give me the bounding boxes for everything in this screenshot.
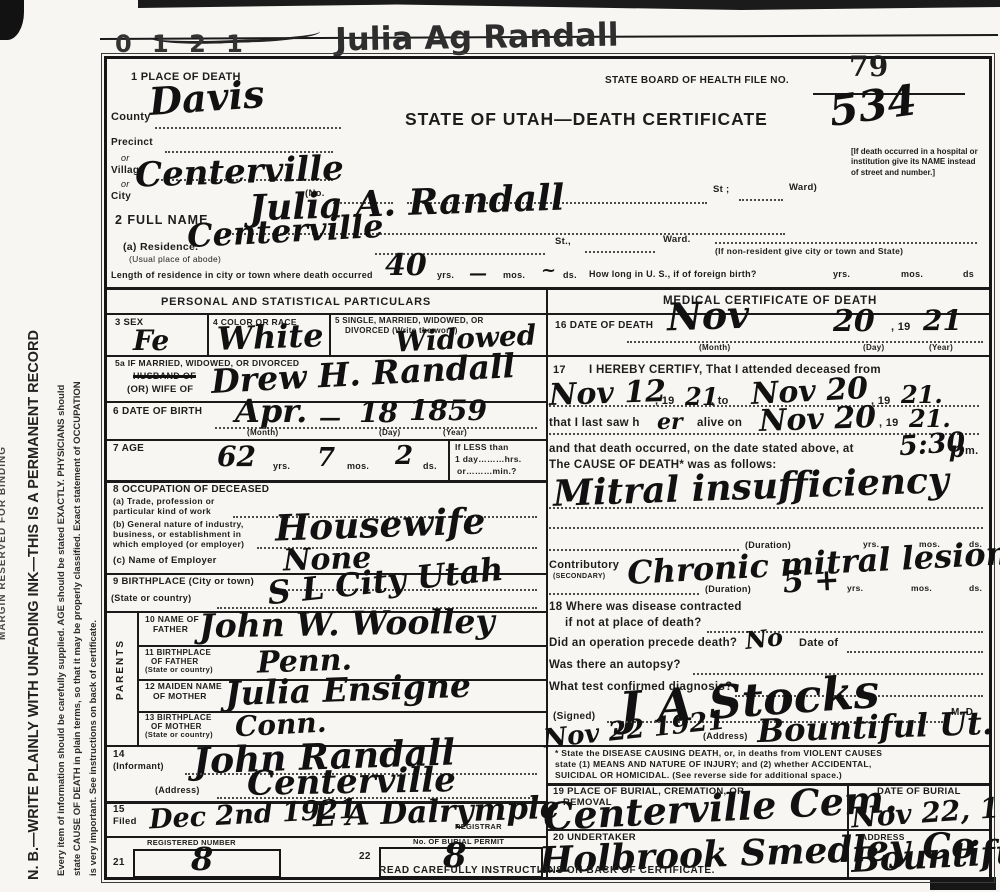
margin-note-line1: Every item of information should be care…	[56, 385, 67, 876]
residence-ward-label: Ward.	[663, 235, 691, 246]
age-months-value: 7	[317, 445, 335, 471]
mother-name-label2: OF MOTHER	[153, 692, 207, 702]
wife-of-label: (OR) WIFE OF	[127, 385, 193, 396]
city-st-label: St ;	[713, 185, 730, 196]
pencil-index-name: Julia Ag Randall	[335, 16, 619, 59]
informant-number: 14	[113, 749, 125, 761]
duration2-label: (Duration)	[705, 584, 751, 594]
father-bp-label3: (State or country)	[145, 666, 213, 675]
howlong-mos-unit: mos.	[901, 269, 923, 279]
nonresident-dotted	[715, 240, 977, 244]
death-time-ampm: p	[949, 439, 964, 461]
duration2-mos-unit: mos.	[911, 584, 932, 594]
contributory-label: Contributory	[549, 559, 619, 572]
father-name-label2: FATHER	[153, 625, 188, 635]
mother-name-value: Julia Ensigne	[224, 669, 471, 711]
duration2-dotted	[549, 591, 699, 595]
residence-length-months: —	[469, 265, 487, 283]
undertaker-address-value: Bountiful.	[850, 834, 1000, 878]
employer-label: (c) Name of Employer	[113, 556, 217, 567]
filed-label: Filed	[113, 817, 137, 828]
dob-row-rule	[107, 439, 546, 441]
disease-contracted-label2: if not at place of death?	[565, 617, 702, 630]
city-label: City	[111, 191, 131, 203]
occupation-value: Housewife	[274, 503, 486, 546]
husband-of-label: HUSBAND OF	[133, 371, 196, 381]
burial-permit-22: 22	[359, 851, 371, 863]
residence-length-label: Length of residence in city or town wher…	[111, 270, 373, 280]
margin-nb-note: N. B.—WRITE PLAINLY WITH UNFADING INK—TH…	[26, 330, 42, 880]
mother-bp-label3: (State or country)	[145, 731, 213, 740]
dod-year-sublabel: (Year)	[929, 343, 953, 352]
county-label: County	[111, 111, 151, 124]
certificate-number: 534	[827, 79, 920, 133]
operation-question-label: Did an operation precede death?	[549, 637, 737, 650]
operation-date-of-label: Date of	[799, 637, 838, 650]
parents-cell-divider	[137, 611, 139, 745]
residence-st-dotted	[585, 249, 655, 253]
corner-blob	[0, 0, 24, 40]
filed-number: 15	[113, 804, 125, 816]
dob-label: 6 DATE OF BIRTH	[113, 406, 202, 418]
disease-contracted-label: 18 Where was disease contracted	[549, 601, 742, 614]
margin-note-line3: is very important. See instructions on b…	[88, 620, 99, 876]
certify-number: 17	[553, 364, 566, 377]
date-of-death-year-printed: , 19	[891, 321, 911, 334]
how-long-us-label: How long in U. S., if of foreign birth?	[589, 269, 757, 279]
birthplace-label: 9 BIRTHPLACE (City or town)	[113, 577, 254, 588]
occupation-a-line2: particular kind of work	[113, 507, 211, 517]
sex-cell-divider	[207, 313, 209, 355]
race-cell-divider	[329, 313, 331, 355]
county-dotted-line	[155, 125, 341, 129]
signature-address-label: (Address)	[703, 731, 748, 741]
dob-year-value: 1859	[409, 397, 487, 425]
father-bp-label1: 11 BIRTHPLACE	[145, 648, 211, 657]
autopsy-question-label: Was there an autopsy?	[549, 659, 681, 672]
cause-dotted-1	[549, 505, 983, 509]
date-of-death-day: 20	[833, 307, 875, 337]
death-certificate-scan: 0 1 2 1 Julia Ag Randall MARGIN RESERVED…	[0, 0, 1000, 892]
last-saw-label: that I last saw h	[549, 417, 640, 430]
howlong-ds-unit: ds	[963, 269, 974, 279]
margin-note-line2: state CAUSE OF DEATH in plain terms, so …	[72, 381, 83, 876]
nonresident-note: (If non-resident give city or town and S…	[715, 247, 903, 257]
precinct-label: Precinct	[111, 137, 153, 149]
age-row-rule	[107, 480, 546, 483]
read-carefully-note: READ CAREFULLY INSTRUCTIONS ON BACK OF C…	[287, 865, 807, 877]
age-yrs-unit: yrs.	[273, 461, 290, 471]
certificate-form: 1 PLACE OF DEATH STATE BOARD OF HEALTH F…	[104, 56, 992, 880]
county-value: Davis	[148, 75, 266, 121]
howlong-yrs-unit: yrs.	[833, 269, 850, 279]
personal-section-header: PERSONAL AND STATISTICAL PARTICULARS	[161, 296, 431, 309]
dob-day-sublabel: (Day)	[379, 428, 401, 437]
alive-on-label: alive on	[697, 417, 742, 430]
length-yrs-unit: yrs.	[437, 270, 454, 280]
footnote-line3: SUICIDAL OR HOMICIDAL. (See reverse side…	[555, 771, 842, 781]
signature-address-value: Bountiful Ut.	[757, 707, 994, 747]
dod-day-sublabel: (Day)	[863, 343, 885, 352]
death-occurred-label: and that death occurred, on the date sta…	[549, 443, 854, 456]
cause-dotted-2	[549, 525, 983, 529]
header-divider	[107, 287, 989, 290]
less-than-line1: If LESS than	[455, 443, 509, 453]
residence-value: Centerville	[186, 210, 384, 252]
registrar-signature: L A Dalrymple	[313, 793, 560, 833]
operation-answer: No	[744, 625, 784, 653]
age-ds-unit: ds.	[423, 461, 437, 471]
informant-label: (Informant)	[113, 761, 164, 771]
duration2-ds-unit: ds.	[969, 584, 982, 594]
date-of-death-label: 16 DATE OF DEATH	[555, 320, 653, 332]
duration2-yrs-unit: yrs.	[847, 584, 863, 594]
length-ds-unit: ds.	[563, 270, 577, 280]
last-saw-year-printed: , 19	[879, 417, 899, 430]
father-name-value: John W. Woolley	[199, 604, 495, 642]
registered-number-21: 21	[113, 857, 125, 869]
file-no-label: STATE BOARD OF HEALTH FILE NO.	[605, 75, 789, 87]
personal-header-rule	[107, 313, 546, 315]
age-mos-unit: mos.	[347, 461, 369, 471]
date-of-death-year: 21	[923, 307, 962, 335]
dod-month-sublabel: (Month)	[699, 343, 730, 352]
secondary-label: (SECONDARY)	[553, 573, 605, 581]
registrar-label: REGISTRAR	[455, 823, 502, 832]
length-mos-unit: mos.	[503, 270, 525, 280]
mother-bp-label1: 13 BIRTHPLACE	[145, 713, 212, 722]
sex-value: Fe	[133, 327, 169, 355]
age-subcell-divider	[448, 439, 450, 480]
footnote-top-rule	[548, 745, 989, 747]
less-than-line3: or………min.?	[457, 467, 517, 477]
city-ward-label: Ward)	[789, 183, 817, 194]
footnote-line1: * State the DISEASE CAUSING DEATH, or, i…	[555, 749, 882, 759]
parents-vertical-label: PARENTS	[115, 639, 127, 700]
residence-length-years: 40	[385, 251, 427, 281]
death-time-m-label: m.	[965, 445, 978, 458]
dob-month-value: Apr.	[235, 395, 307, 427]
dob-year-sublabel: (Year)	[443, 428, 467, 437]
dob-day-value: 18	[359, 399, 398, 427]
age-label: 7 AGE	[113, 443, 144, 455]
informant-address-label: (Address)	[155, 785, 200, 795]
occupation-label: 8 OCCUPATION OF DECEASED	[113, 484, 269, 496]
column-divider	[546, 287, 548, 877]
birthplace-sublabel: (State or country)	[111, 593, 191, 603]
footnote-line2: state (1) MEANS AND NATURE OF INJURY; an…	[555, 760, 872, 770]
dob-month-sublabel: (Month)	[247, 428, 278, 437]
hospital-note: [If death occurred in a hospital or inst…	[851, 147, 983, 178]
residence-length-days: ~	[541, 262, 556, 280]
occupation-b-line3: which employed (or employer)	[113, 540, 244, 550]
pencil-index-digits: 0 1 2 1	[115, 30, 249, 58]
operation-dotted	[847, 649, 983, 653]
last-saw-her: er	[657, 411, 683, 433]
or-label-2: or	[121, 179, 130, 189]
age-years-value: 62	[217, 443, 256, 471]
residence-sublabel: (Usual place of abode)	[129, 255, 221, 265]
torn-edge-top	[138, 0, 1000, 10]
registered-number-value: 8	[191, 843, 213, 875]
residence-st-label: St.,	[555, 237, 571, 248]
certificate-title: STATE OF UTAH—DEATH CERTIFICATE	[405, 109, 768, 129]
age-days-value: 2	[395, 443, 413, 469]
less-than-line2: 1 day………hrs.	[455, 455, 521, 465]
or-label-1: or	[121, 153, 130, 163]
dod-row-rule	[548, 355, 989, 357]
city-ward-dotted	[739, 197, 783, 201]
color-race-value: White	[216, 319, 324, 355]
duration2-value: 5 +	[782, 566, 840, 599]
margin-binding-note: MARGIN RESERVED FOR BINDING	[0, 446, 8, 640]
date-of-death-month: Nov	[666, 296, 749, 337]
